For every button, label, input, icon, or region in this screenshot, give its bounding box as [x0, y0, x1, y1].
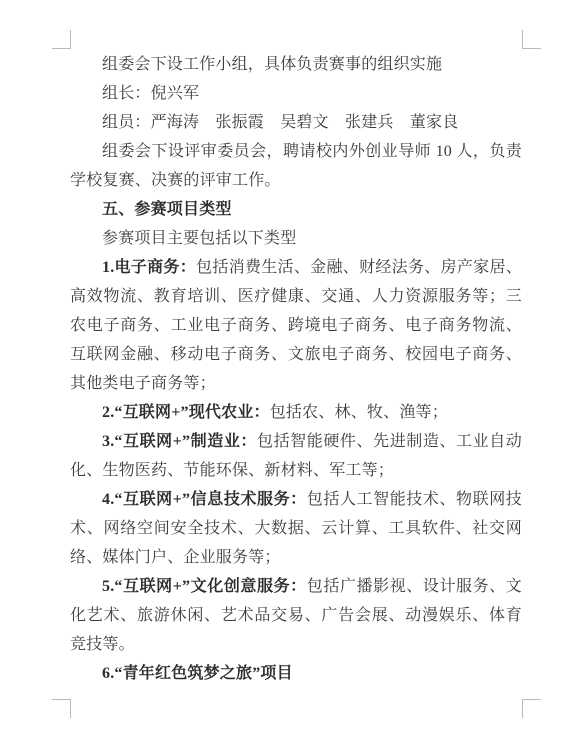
- margin-crop-mark-bottom-right: [522, 699, 541, 718]
- margin-crop-mark-top-right: [522, 30, 541, 49]
- paragraph-text: 组委会下设评审委员会，聘请校内外创业导师 10 人，负责学校复赛、决赛的评审工作…: [70, 143, 522, 189]
- item-6-red-dream-journey: 6.“青年红色筑梦之旅”项目: [70, 659, 522, 688]
- item-1-ecommerce: 1.电子商务：包括消费生活、金融、财经法务、房产家居、高效物流、教育培训、医疗健…: [70, 253, 522, 398]
- item-lead: 1.电子商务：: [102, 259, 196, 276]
- paragraph-text: 组员：严海涛 张振霞 吴碧文 张建兵 董家良: [102, 114, 458, 131]
- section-heading-project-types: 五、参赛项目类型: [70, 195, 522, 224]
- item-lead: 5.“互联网+”文化创意服务：: [102, 578, 307, 595]
- item-3-manufacturing: 3.“互联网+”制造业：包括智能硬件、先进制造、工业自动化、生物医药、节能环保、…: [70, 427, 522, 485]
- margin-crop-mark-top-left: [52, 30, 71, 49]
- paragraph-text: 组委会下设工作小组，具体负责赛事的组织实施: [102, 56, 442, 73]
- paragraph-text: 参赛项目主要包括以下类型: [102, 230, 296, 247]
- paragraph-types-intro: 参赛项目主要包括以下类型: [70, 224, 522, 253]
- document-page: 组委会下设工作小组，具体负责赛事的组织实施 组长：倪兴军 组员：严海涛 张振霞 …: [0, 0, 582, 750]
- heading-text: 五、参赛项目类型: [102, 201, 232, 218]
- item-5-cultural-creative: 5.“互联网+”文化创意服务：包括广播影视、设计服务、文化艺术、旅游休闲、艺术品…: [70, 572, 522, 659]
- item-lead: 4.“互联网+”信息技术服务：: [102, 491, 307, 508]
- paragraph-workgroup: 组委会下设工作小组，具体负责赛事的组织实施: [70, 50, 522, 79]
- item-2-modern-agriculture: 2.“互联网+”现代农业：包括农、林、牧、渔等；: [70, 398, 522, 427]
- document-content: 组委会下设工作小组，具体负责赛事的组织实施 组长：倪兴军 组员：严海涛 张振霞 …: [70, 50, 522, 688]
- margin-crop-mark-bottom-left: [52, 699, 71, 718]
- item-lead: 6.“青年红色筑梦之旅”项目: [102, 665, 293, 682]
- item-lead: 2.“互联网+”现代农业：: [102, 404, 270, 421]
- item-body: 包括消费生活、金融、财经法务、房产家居、高效物流、教育培训、医疗健康、交通、人力…: [70, 259, 522, 392]
- paragraph-text: 组长：倪兴军: [102, 85, 199, 102]
- paragraph-judging-committee: 组委会下设评审委员会，聘请校内外创业导师 10 人，负责学校复赛、决赛的评审工作…: [70, 137, 522, 195]
- item-body: 包括农、林、牧、渔等；: [270, 404, 448, 421]
- paragraph-group-members: 组员：严海涛 张振霞 吴碧文 张建兵 董家良: [70, 108, 522, 137]
- paragraph-group-leader: 组长：倪兴军: [70, 79, 522, 108]
- item-lead: 3.“互联网+”制造业：: [102, 433, 257, 450]
- item-4-it-services: 4.“互联网+”信息技术服务：包括人工智能技术、物联网技术、网络空间安全技术、大…: [70, 485, 522, 572]
